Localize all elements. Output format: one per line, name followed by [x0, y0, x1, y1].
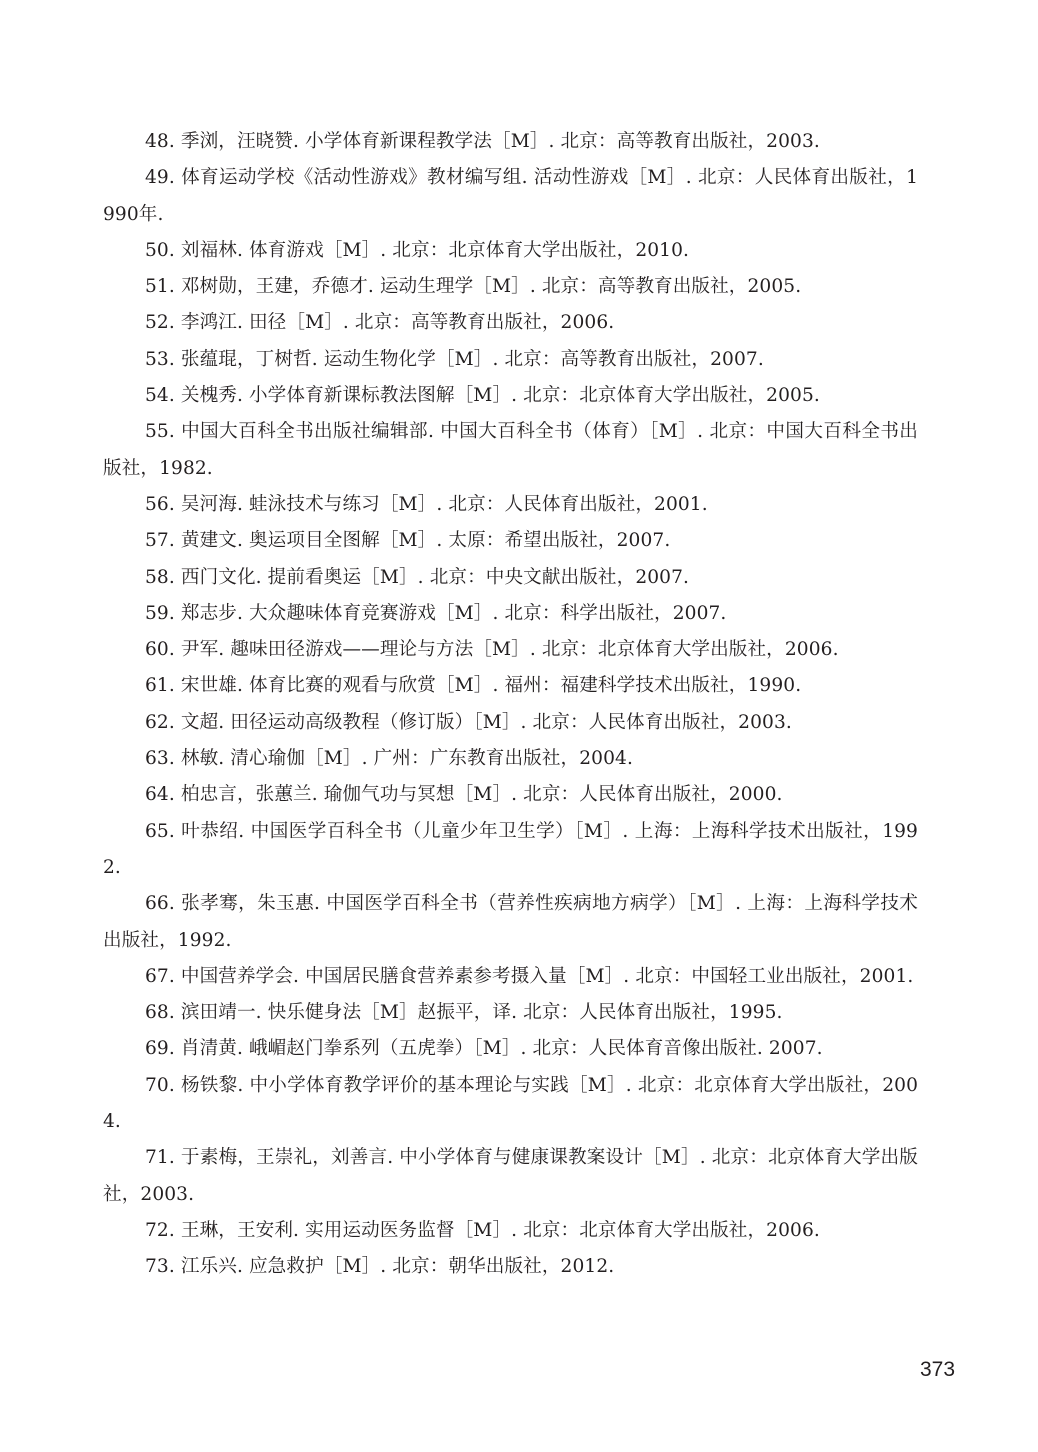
reference-item-51: 51. 邓树勋，王建，乔德才. 运动生理学［M］. 北京：高等教育出版社，200…: [103, 269, 918, 305]
reference-item-53: 53. 张蕴琨，丁树哲. 运动生物化学［M］. 北京：高等教育出版社，2007.: [103, 342, 918, 378]
reference-item-65: 65. 叶恭绍. 中国医学百科全书（儿童少年卫生学）［M］. 上海：上海科学技术…: [103, 814, 918, 887]
reference-item-56: 56. 吴河海. 蛙泳技术与练习［M］. 北京：人民体育出版社，2001.: [103, 487, 918, 523]
reference-item-69: 69. 肖清黄. 峨嵋赵门拳系列（五虎拳）［M］. 北京：人民体育音像出版社. …: [103, 1031, 918, 1067]
reference-item-48: 48. 季浏，汪晓赞. 小学体育新课程教学法［M］. 北京：高等教育出版社，20…: [103, 124, 918, 160]
document-page: 48. 季浏，汪晓赞. 小学体育新课程教学法［M］. 北京：高等教育出版社，20…: [0, 0, 1038, 1452]
reference-item-70: 70. 杨铁黎. 中小学体育教学评价的基本理论与实践［M］. 北京：北京体育大学…: [103, 1068, 918, 1141]
reference-item-50: 50. 刘福林. 体育游戏［M］. 北京：北京体育大学出版社，2010.: [103, 233, 918, 269]
reference-item-66: 66. 张孝骞，朱玉惠. 中国医学百科全书（营养性疾病地方病学）［M］. 上海：…: [103, 886, 918, 959]
reference-item-72: 72. 王琳，王安利. 实用运动医务监督［M］. 北京：北京体育大学出版社，20…: [103, 1213, 918, 1249]
reference-item-54: 54. 关槐秀. 小学体育新课标教法图解［M］. 北京：北京体育大学出版社，20…: [103, 378, 918, 414]
reference-item-60: 60. 尹军. 趣味田径游戏——理论与方法［M］. 北京：北京体育大学出版社，2…: [103, 632, 918, 668]
reference-item-64: 64. 柏忠言，张蕙兰. 瑜伽气功与冥想［M］. 北京：人民体育出版社，2000…: [103, 777, 918, 813]
reference-item-61: 61. 宋世雄. 体育比赛的观看与欣赏［M］. 福州：福建科学技术出版社，199…: [103, 668, 918, 704]
reference-item-67: 67. 中国营养学会. 中国居民膳食营养素参考摄入量［M］. 北京：中国轻工业出…: [103, 959, 918, 995]
reference-item-71: 71. 于素梅，王崇礼，刘善言. 中小学体育与健康课教案设计［M］. 北京：北京…: [103, 1140, 918, 1213]
reference-item-58: 58. 西门文化. 提前看奥运［M］. 北京：中央文献出版社，2007.: [103, 560, 918, 596]
reference-item-57: 57. 黄建文. 奥运项目全图解［M］. 太原：希望出版社，2007.: [103, 523, 918, 559]
page-number: 373: [920, 1357, 955, 1383]
reference-list: 48. 季浏，汪晓赞. 小学体育新课程教学法［M］. 北京：高等教育出版社，20…: [103, 124, 918, 1286]
reference-item-62: 62. 文超. 田径运动高级教程（修订版）［M］. 北京：人民体育出版社，200…: [103, 705, 918, 741]
reference-item-52: 52. 李鸿江. 田径［M］. 北京：高等教育出版社，2006.: [103, 305, 918, 341]
reference-item-59: 59. 郑志步. 大众趣味体育竞赛游戏［M］. 北京：科学出版社，2007.: [103, 596, 918, 632]
reference-item-73: 73. 江乐兴. 应急救护［M］. 北京：朝华出版社，2012.: [103, 1249, 918, 1285]
reference-item-49: 49. 体育运动学校《活动性游戏》教材编写组. 活动性游戏［M］. 北京：人民体…: [103, 160, 918, 233]
reference-item-63: 63. 林敏. 清心瑜伽［M］. 广州：广东教育出版社，2004.: [103, 741, 918, 777]
reference-item-68: 68. 滨田靖一. 快乐健身法［M］赵振平，译. 北京：人民体育出版社，1995…: [103, 995, 918, 1031]
reference-item-55: 55. 中国大百科全书出版社编辑部. 中国大百科全书（体育）［M］. 北京：中国…: [103, 414, 918, 487]
